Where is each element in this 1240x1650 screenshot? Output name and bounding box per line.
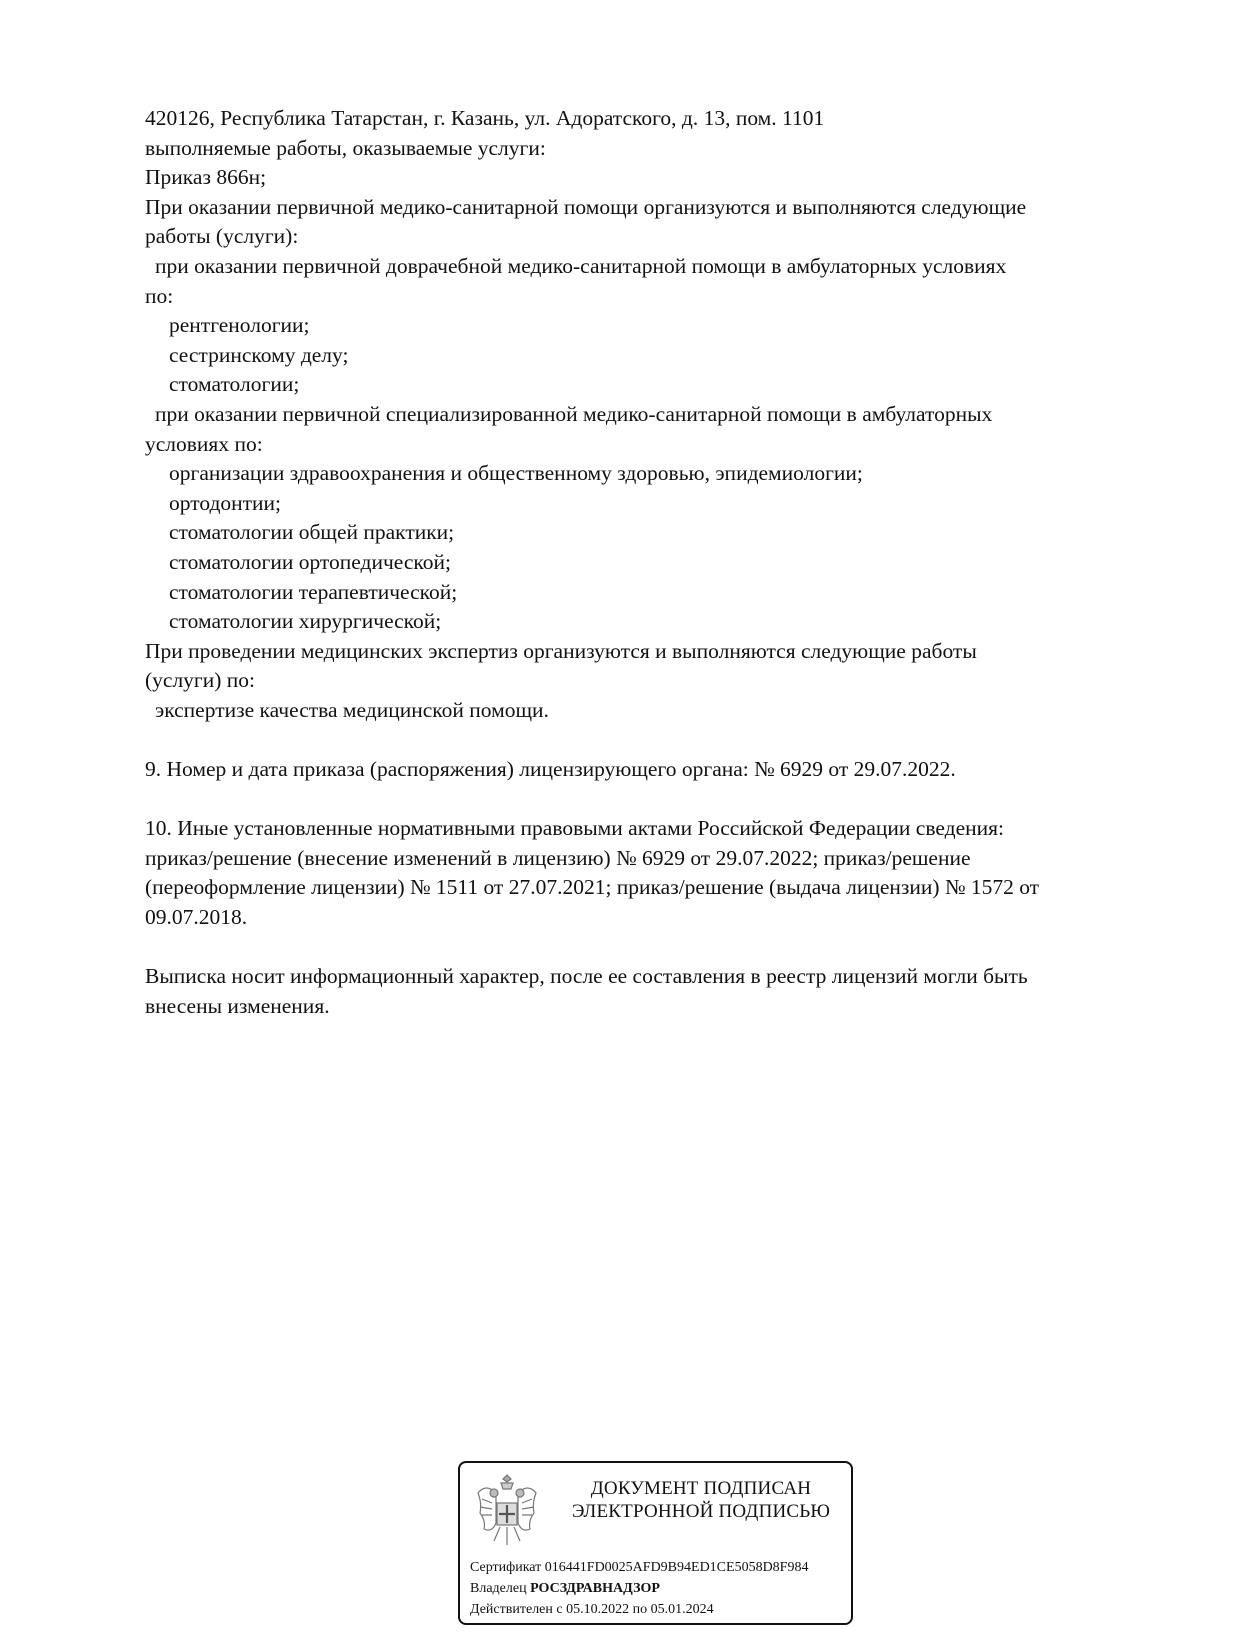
russian-coat-of-arms-icon — [474, 1471, 540, 1549]
validity-line: Действителен с 05.10.2022 по 05.01.2024 — [470, 1599, 808, 1620]
specialized-intro-2: условиях по: — [145, 430, 1155, 460]
list-item: стоматологии хирургической; — [145, 607, 1155, 637]
list-item: рентгенологии; — [145, 311, 1155, 341]
note-line-1: Выписка носит информационный характер, п… — [145, 962, 1155, 992]
owner-line: Владелец РОСЗДРАВНАДЗОР — [470, 1578, 808, 1599]
pre-doctor-intro-1: при оказании первичной доврачебной медик… — [145, 252, 1155, 282]
e-signature-stamp: ДОКУМЕНТ ПОДПИСАН ЭЛЕКТРОННОЙ ПОДПИСЬЮ С… — [458, 1461, 853, 1625]
expertise-intro-2: (услуги) по: — [145, 666, 1155, 696]
owner-name: РОСЗДРАВНАДЗОР — [530, 1581, 660, 1596]
list-item: стоматологии ортопедической; — [145, 548, 1155, 578]
stamp-title: ДОКУМЕНТ ПОДПИСАН ЭЛЕКТРОННОЙ ПОДПИСЬЮ — [556, 1477, 846, 1523]
stamp-info: Сертификат 016441FD0025AFD9B94ED1CE5058D… — [470, 1557, 808, 1620]
list-item: стоматологии терапевтической; — [145, 578, 1155, 608]
primary-care-intro-1: При оказании первичной медико-санитарной… — [145, 193, 1155, 223]
item-10-line-4: 09.07.2018. — [145, 903, 1155, 933]
order: Приказ 866н; — [145, 163, 1155, 193]
certificate-number: 016441FD0025AFD9B94ED1CE5058D8F984 — [545, 1560, 809, 1575]
expertise-intro-1: При проведении медицинских экспертиз орг… — [145, 637, 1155, 667]
list-item: организации здравоохранения и общественн… — [145, 459, 1155, 489]
list-item: экспертизе качества медицинской помощи. — [145, 696, 1155, 726]
note-line-2: внесены изменения. — [145, 992, 1155, 1022]
list-item: ортодонтии; — [145, 489, 1155, 519]
certificate-line: Сертификат 016441FD0025AFD9B94ED1CE5058D… — [470, 1557, 808, 1578]
item-9: 9. Номер и дата приказа (распоряжения) л… — [145, 755, 1155, 785]
pre-doctor-intro-2: по: — [145, 282, 1155, 312]
specialized-intro-1: при оказании первичной специализированно… — [145, 400, 1155, 430]
address: 420126, Республика Татарстан, г. Казань,… — [145, 104, 1155, 134]
item-10-line-1: 10. Иные установленные нормативными прав… — [145, 814, 1155, 844]
works-label: выполняемые работы, оказываемые услуги: — [145, 134, 1155, 164]
primary-care-intro-2: работы (услуги): — [145, 222, 1155, 252]
document-body: 420126, Республика Татарстан, г. Казань,… — [145, 104, 1155, 1021]
list-item: стоматологии; — [145, 370, 1155, 400]
list-item: сестринскому делу; — [145, 341, 1155, 371]
list-item: стоматологии общей практики; — [145, 518, 1155, 548]
item-10-line-3: (переоформление лицензии) № 1511 от 27.0… — [145, 873, 1155, 903]
item-10-line-2: приказ/решение (внесение изменений в лиц… — [145, 844, 1155, 874]
